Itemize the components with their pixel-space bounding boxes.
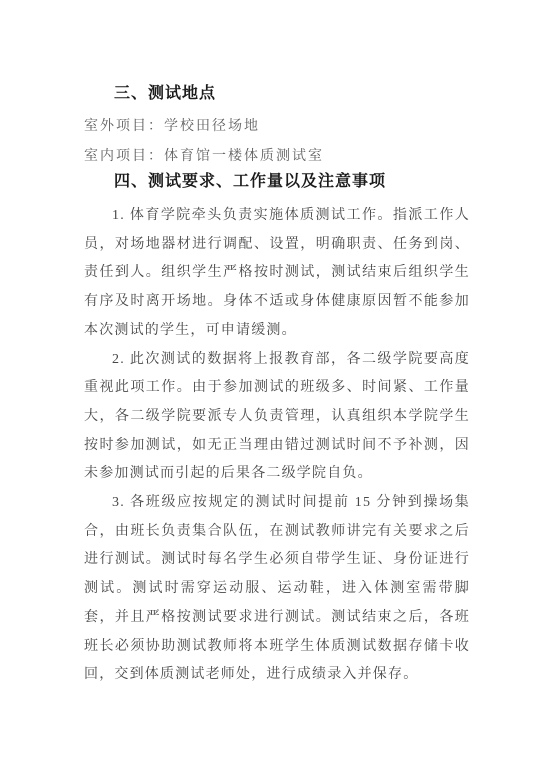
section-heading-test-requirements: 四、测试要求、工作量以及注意事项 [114,172,470,192]
document-page: 三、测试地点 室外项目：学校田径场地 室内项目：体育馆一楼体质测试室 四、测试要… [0,0,552,781]
outdoor-project-line: 室外项目：学校田径场地 [84,117,470,137]
indoor-project-line: 室内项目：体育馆一楼体质测试室 [84,147,470,167]
paragraph-3: 3. 各班级应按规定的测试时间提前 15 分钟到操场集合，由班长负责集合队伍，在… [84,489,470,690]
section-heading-test-location: 三、测试地点 [114,84,470,104]
requirements-paragraphs: 1. 体育学院牵头负责实施体质测试工作。指派工作人员，对场地器材进行调配、设置，… [84,202,470,690]
paragraph-1: 1. 体育学院牵头负责实施体质测试工作。指派工作人员，对场地器材进行调配、设置，… [84,202,470,346]
paragraph-2: 2. 此次测试的数据将上报教育部，各二级学院要高度重视此项工作。由于参加测试的班… [84,346,470,490]
